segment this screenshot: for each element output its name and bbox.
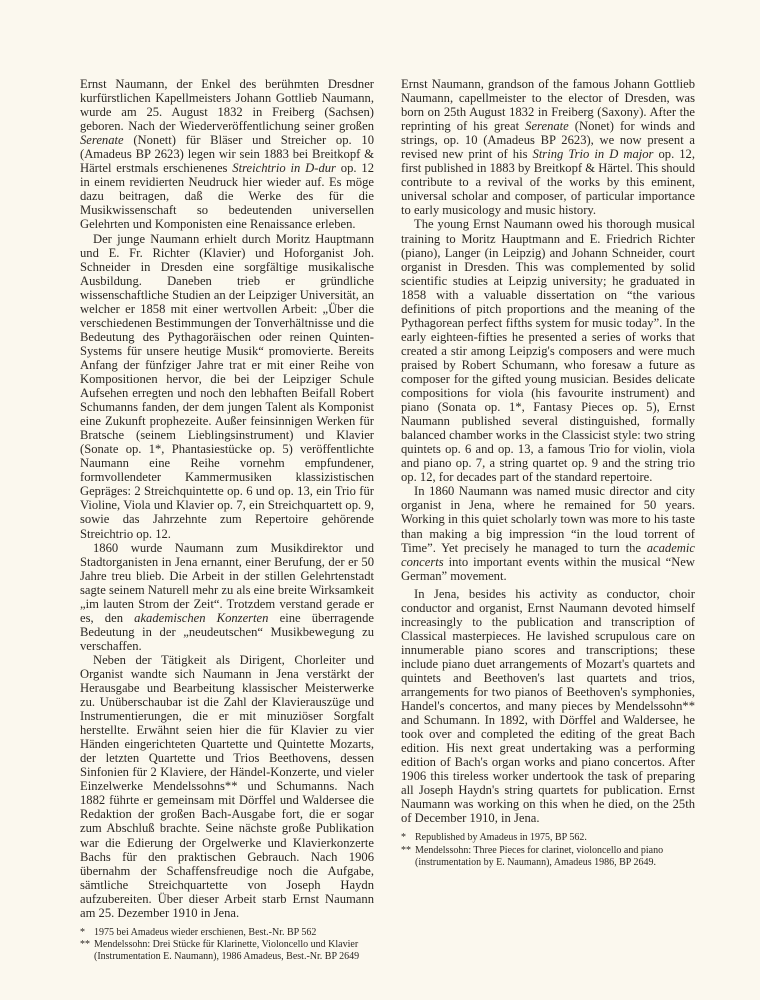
english-paragraph-intro: Ernst Naumann, grandson of the famous Jo… — [401, 77, 695, 217]
english-paragraph-editing: In Jena, besides his activity as conduct… — [401, 587, 695, 826]
german-footnotes: * 1975 bei Amadeus wieder erschienen, Be… — [80, 927, 374, 964]
work-title-string-trio: String Trio in D major — [533, 147, 654, 161]
work-title-serenate: Serenate — [525, 119, 569, 133]
footnote: * Republished by Amadeus in 1975, BP 562… — [401, 832, 695, 844]
footnote-text: Republished by Amadeus in 1975, BP 562. — [415, 832, 587, 843]
english-footnotes: * Republished by Amadeus in 1975, BP 562… — [401, 832, 695, 869]
german-paragraph-jena: 1860 wurde Naumann zum Musikdirektor und… — [80, 541, 374, 653]
term-academic-concerts: akademischen Konzerten — [134, 611, 268, 625]
english-paragraph-education: The young Ernst Naumann owed his thoroug… — [401, 217, 695, 484]
text-run: into important events within the musical… — [401, 555, 695, 583]
footnote: * 1975 bei Amadeus wieder erschienen, Be… — [80, 927, 374, 939]
work-title-string-trio: Streichtrio in D-dur — [232, 161, 336, 175]
footnote: ** Mendelssohn: Three Pieces for clarine… — [401, 845, 695, 870]
footnote-text: Mendelssohn: Three Pieces for clarinet, … — [415, 845, 663, 868]
german-paragraph-intro: Ernst Naumann, der Enkel des berühmten D… — [80, 77, 374, 232]
english-column: Ernst Naumann, grandson of the famous Jo… — [401, 77, 695, 869]
english-paragraph-jena: In 1860 Naumann was named music director… — [401, 484, 695, 582]
work-title-serenate: Serenate — [80, 133, 124, 147]
footnote-mark: * — [80, 927, 94, 939]
german-column: Ernst Naumann, der Enkel des berühmten D… — [80, 77, 374, 964]
footnote-text: 1975 bei Amadeus wieder erschienen, Best… — [94, 927, 316, 938]
german-paragraph-editing: Neben der Tätigkeit als Dirigent, Chorle… — [80, 653, 374, 920]
footnote-mark: ** — [401, 845, 415, 857]
footnote-mark: * — [401, 832, 415, 844]
text-run: Ernst Naumann, der Enkel des berühmten D… — [80, 77, 374, 133]
footnote-text: Mendelssohn: Drei Stücke für Klarinette,… — [94, 939, 359, 962]
footnote: ** Mendelssohn: Drei Stücke für Klarinet… — [80, 939, 374, 964]
footnote-mark: ** — [80, 939, 94, 951]
german-paragraph-education: Der junge Naumann erhielt durch Moritz H… — [80, 232, 374, 541]
